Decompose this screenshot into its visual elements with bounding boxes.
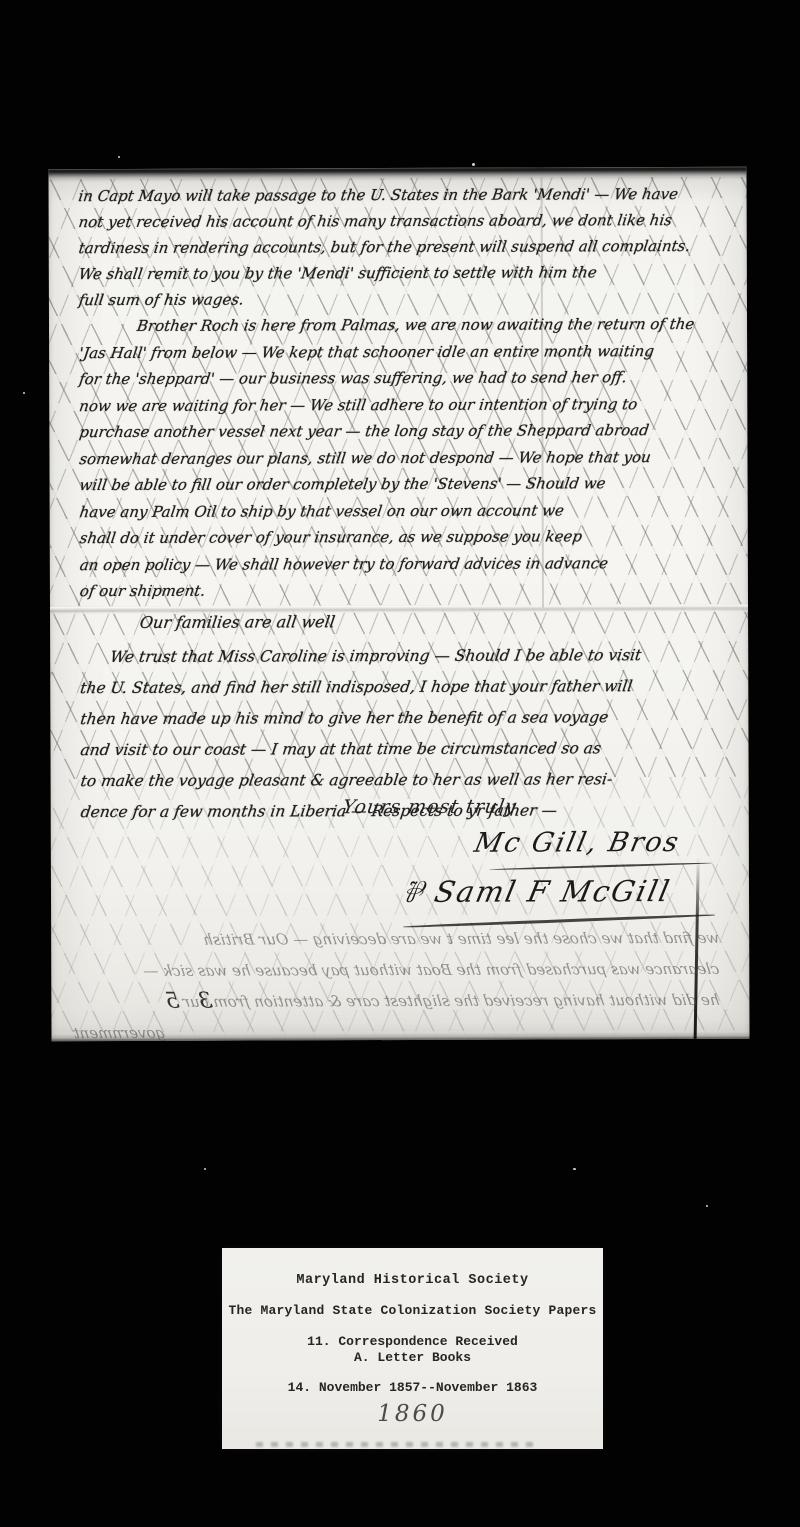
dust-speck bbox=[23, 392, 25, 394]
vertical-fold-crease bbox=[748, 167, 749, 1039]
card-volume-daterange: 14. November 1857--November 1863 bbox=[222, 1365, 603, 1395]
handwritten-line: clearance was purchased from the Boat wi… bbox=[71, 954, 721, 987]
card-handwritten-year: 1860 bbox=[222, 1395, 603, 1427]
handwritten-line: then have made up his mind to give her t… bbox=[78, 702, 714, 735]
letter-paragraph-1: in Capt Mayo will take passage to the U.… bbox=[79, 181, 711, 313]
signature-firm: Mc Gill, Bros bbox=[472, 827, 683, 859]
dust-speck bbox=[706, 1205, 708, 1207]
handwritten-line: we find that we chose the lee time t we … bbox=[71, 923, 721, 956]
card-series: 11. Correspondence Received bbox=[222, 1318, 603, 1349]
dust-speck bbox=[472, 163, 475, 166]
handwritten-line: somewhat deranges our plans, still we do… bbox=[78, 443, 714, 472]
archive-label-card: Maryland Historical Society The Maryland… bbox=[222, 1248, 603, 1449]
handwritten-line: in Capt Mayo will take passage to the U.… bbox=[77, 181, 713, 209]
handwritten-line: We trust that Miss Caroline is improving… bbox=[78, 640, 714, 673]
mirrored-bleedthrough-text: we find that we chose the lee time t we … bbox=[73, 923, 719, 1041]
handwritten-line: full sum of his wages. bbox=[77, 285, 713, 313]
signature-underline-flourish bbox=[489, 862, 713, 871]
dust-speck bbox=[118, 156, 120, 158]
handwritten-line: of our shipment. bbox=[78, 576, 714, 605]
dust-speck bbox=[573, 1168, 576, 1170]
dust-speck bbox=[204, 1168, 206, 1170]
handwritten-line: shall do it under cover of your insuranc… bbox=[78, 523, 714, 552]
letter-page: in Capt Mayo will take passage to the U.… bbox=[48, 167, 749, 1041]
handwritten-line: not yet received his account of his many… bbox=[77, 207, 713, 235]
signature-writer: ⅌ Saml F McGill bbox=[399, 871, 675, 911]
handwritten-line: have any Palm Oil to ship by that vessel… bbox=[78, 496, 714, 525]
handwritten-line: an open policy — We shall however try to… bbox=[78, 549, 714, 578]
handwritten-line: the U. States, and find her still indisp… bbox=[78, 671, 714, 704]
handwritten-line: We shall remit to you by the 'Mendi' suf… bbox=[77, 259, 713, 287]
letter-closing: Yours most truly bbox=[341, 796, 519, 819]
page-number-mark: 3 5 bbox=[158, 989, 214, 1014]
handwritten-line: to make the voyage pleasant & agreeable … bbox=[78, 764, 714, 797]
card-collection-title: The Maryland State Colonization Society … bbox=[222, 1288, 603, 1318]
handwritten-line: tardiness in rendering accounts, but for… bbox=[77, 233, 713, 261]
page-top-edge bbox=[48, 167, 746, 182]
card-subseries: A. Letter Books bbox=[222, 1349, 603, 1365]
handwritten-line: Our families are all well bbox=[79, 611, 714, 632]
handwritten-line: 'Jas Hall' from below — We kept that sch… bbox=[77, 337, 713, 366]
handwritten-line: purchase another vessel next year — the … bbox=[78, 417, 714, 446]
handwritten-line: and visit to our coast — I may at that t… bbox=[78, 733, 714, 766]
handwritten-line: now we are waiting for her — We still ad… bbox=[77, 390, 713, 419]
letter-paragraph-2: Brother Roch is here from Palmas, we are… bbox=[79, 311, 712, 605]
handwritten-line: will be able to fill our order completel… bbox=[78, 470, 714, 499]
card-edge-smudge bbox=[256, 1442, 533, 1447]
letter-family-line: Our families are all well bbox=[80, 611, 712, 632]
card-institution: Maryland Historical Society bbox=[222, 1248, 603, 1288]
handwritten-line: Brother Roch is here from Palmas, we are… bbox=[77, 311, 713, 340]
handwritten-line: for the 'sheppard' — our business was su… bbox=[77, 364, 713, 393]
handwritten-line: government bbox=[71, 1016, 721, 1041]
